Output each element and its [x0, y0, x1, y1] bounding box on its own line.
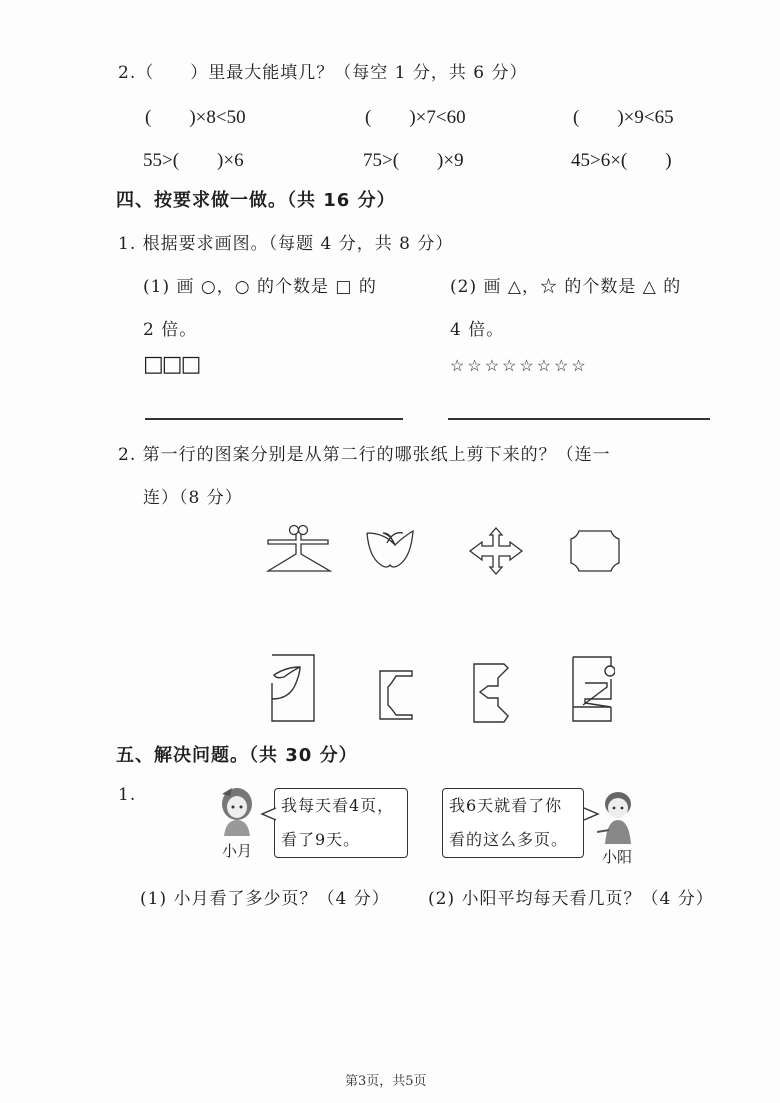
question-title: 2. 第一行的图案分别是从第二行的哪张纸上剪下来的？（连一: [118, 440, 611, 465]
bracket-cut-paper[interactable]: [378, 669, 414, 721]
boy-avatar: [597, 790, 639, 848]
sub-question-text: (1) 画 ○，○ 的个数是 □ 的: [143, 272, 377, 297]
four-arrow-cross-shape[interactable]: [468, 526, 524, 576]
figure-cut-paper[interactable]: [571, 655, 615, 723]
leaf-cut-paper[interactable]: [270, 653, 316, 723]
speech-line: 看了9天。: [281, 823, 401, 857]
given-stars: ☆☆☆☆☆☆☆☆: [450, 356, 589, 375]
hanger-figure-shape[interactable]: [266, 524, 332, 574]
girl-speech-bubble: 我每天看4页， 看了9天。: [274, 788, 408, 858]
arrow-cut-paper[interactable]: [472, 662, 512, 724]
fill-blank-item: 55>( )×6: [143, 145, 244, 172]
sub-question-text: 2 倍。: [143, 315, 197, 340]
fill-blank-item: 75>( )×9: [363, 145, 464, 172]
sub-question-text: 4 倍。: [450, 315, 504, 340]
apple-shape[interactable]: [365, 527, 415, 571]
answer-line[interactable]: [145, 418, 403, 420]
section-heading: 五、解决问题。（共 30 分）: [116, 741, 358, 767]
sub-question-text: (2) 画 △，☆ 的个数是 △ 的: [450, 272, 681, 297]
page-number: 第3页，共5页: [345, 1070, 427, 1089]
question-title: 1. 根据要求画图。（每题 4 分，共 8 分）: [118, 229, 453, 254]
speech-line: 我每天看4页，: [281, 789, 401, 823]
question-number: 1.: [118, 785, 136, 805]
sub-question-text: (1) 小月看了多少页？（4 分）: [140, 884, 390, 909]
question-title: 2.（ ）里最大能填几？（每空 1 分，共 6 分）: [118, 58, 527, 83]
girl-avatar: [216, 786, 258, 840]
boy-name: 小阳: [602, 846, 632, 867]
given-squares: □□□: [143, 352, 199, 377]
speech-line: 我6天就看了你: [449, 789, 577, 823]
girl-name: 小月: [222, 840, 252, 861]
section-heading: 四、按要求做一做。（共 16 分）: [116, 186, 396, 212]
question-title-cont: 连）（8 分）: [143, 483, 243, 508]
fill-blank-item: ( )×9<65: [573, 102, 674, 129]
bubble-tail: [260, 806, 276, 822]
speech-line: 看的这么多页。: [449, 823, 577, 857]
sub-question-text: (2) 小阳平均每天看几页？（4 分）: [428, 884, 714, 909]
answer-line[interactable]: [448, 418, 710, 420]
notched-octagon-shape[interactable]: [569, 529, 621, 573]
fill-blank-item: 45>6×( ): [571, 145, 672, 172]
boy-speech-bubble: 我6天就看了你 看的这么多页。: [442, 788, 584, 858]
fill-blank-item: ( )×8<50: [145, 102, 246, 129]
fill-blank-item: ( )×7<60: [365, 102, 466, 129]
